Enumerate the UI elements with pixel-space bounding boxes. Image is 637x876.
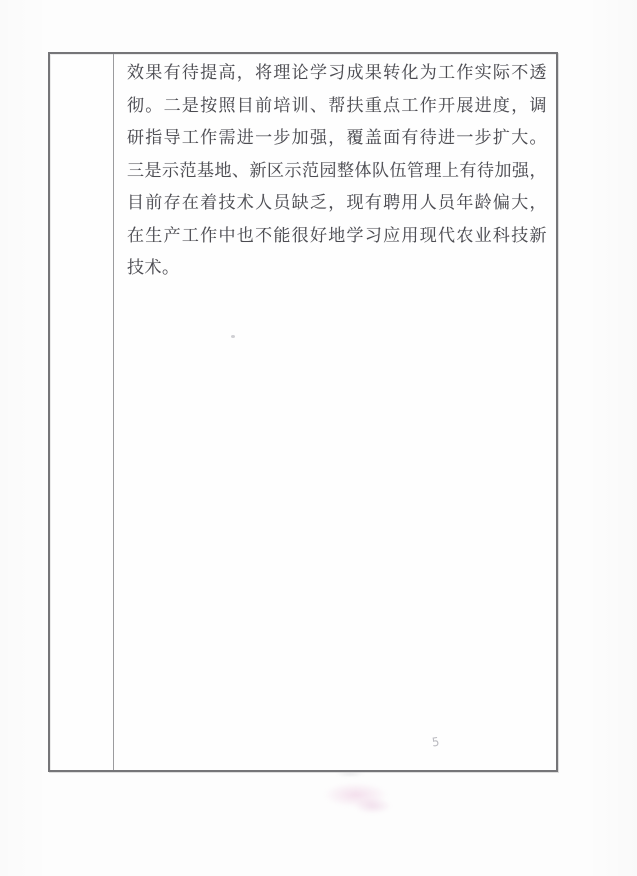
text-line: 研指导工作需进一步加强，覆盖面有待进一步扩大。 <box>127 122 547 155</box>
text-line: 目前存在着技术人员缺乏，现有聘用人员年龄偏大， <box>127 187 547 220</box>
ink-speck-artifact <box>231 335 235 338</box>
text-line: 彻。二是按照目前培训、帮扶重点工作开展进度，调 <box>127 90 547 123</box>
table-cell-label-empty <box>50 54 114 770</box>
document-table: 效果有待提高，将理论学习成果转化为工作实际不透 彻。二是按照目前培训、帮扶重点工… <box>48 52 558 772</box>
text-line: 效果有待提高，将理论学习成果转化为工作实际不透 <box>127 57 547 90</box>
scanned-page: 效果有待提高，将理论学习成果转化为工作实际不透 彻。二是按照目前培训、帮扶重点工… <box>0 0 637 876</box>
table-cell-content: 效果有待提高，将理论学习成果转化为工作实际不透 彻。二是按照目前培训、帮扶重点工… <box>114 54 556 770</box>
pink-smudge-artifact <box>318 775 402 819</box>
text-line: 技术。 <box>127 252 547 285</box>
text-line: 在生产工作中也不能很好地学习应用现代农业科技新 <box>127 220 547 253</box>
text-line: 三是示范基地、新区示范园整体队伍管理上有待加强， <box>127 155 547 188</box>
